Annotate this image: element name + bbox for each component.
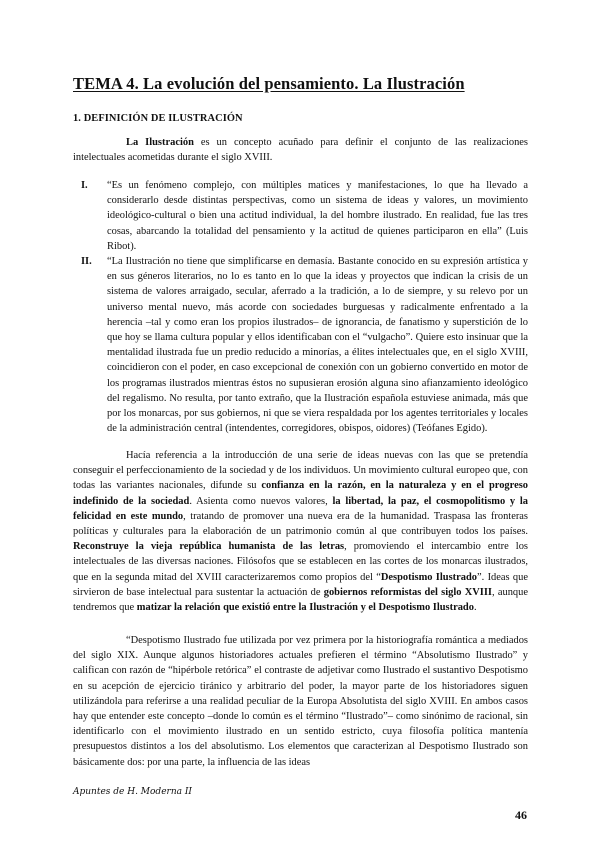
quote-text: “La Ilustración no tiene que simplificar… bbox=[107, 256, 528, 434]
quote-text: “Es un fenómeno complejo, con múltiples … bbox=[107, 180, 528, 252]
page-title: TEMA 4. La evolución del pensamiento. La… bbox=[73, 74, 533, 94]
quote-item: II. “La Ilustración no tiene que simplif… bbox=[73, 254, 528, 436]
footer-note: Apuntes de H. Moderna II bbox=[73, 787, 192, 797]
text-run: . Asienta como nuevos valores, bbox=[189, 496, 332, 507]
page-number: 46 bbox=[515, 808, 527, 823]
quote-number: I. bbox=[81, 178, 88, 193]
quote-item: I. “Es un fenómeno complejo, con múltipl… bbox=[73, 178, 528, 254]
text-run: . bbox=[474, 602, 477, 613]
bold-run: matizar la relación que existió entre la… bbox=[137, 602, 474, 613]
bold-run: Despotismo Ilustrado bbox=[381, 572, 477, 583]
bold-run: gobiernos reformistas del siglo XVIII bbox=[324, 587, 492, 598]
intro-paragraph: La Ilustración es un concepto acuñado pa… bbox=[73, 135, 528, 165]
body-paragraph-2: Hacía referencia a la introducción de un… bbox=[73, 448, 528, 615]
body-paragraph-3: “Despotismo Ilustrado fue utilizada por … bbox=[73, 633, 528, 770]
bold-run: Reconstruye la vieja república humanista… bbox=[73, 541, 344, 552]
quote-list: I. “Es un fenómeno complejo, con múltipl… bbox=[73, 178, 528, 436]
quote-number: II. bbox=[81, 254, 92, 269]
document-page: TEMA 4. La evolución del pensamiento. La… bbox=[0, 0, 600, 848]
section-heading: 1. DEFINICIÓN DE ILUSTRACIÓN bbox=[73, 113, 243, 124]
intro-bold-lead: La Ilustración bbox=[126, 137, 194, 148]
